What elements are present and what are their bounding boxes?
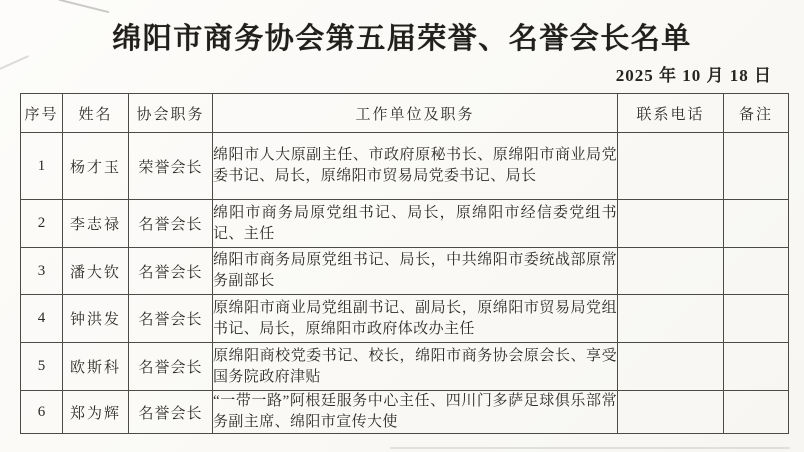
cell-phone — [618, 295, 724, 343]
cell-serial-number: 4 — [21, 295, 63, 343]
cell-note — [724, 133, 789, 200]
table-row: 2 李志禄 名誉会长 绵阳市商务局原党组书记、局长，原绵阳市经信委党组书记、主任 — [21, 200, 789, 248]
cell-note — [724, 248, 789, 295]
cell-serial-number: 3 — [21, 248, 63, 295]
cell-serial-number: 5 — [21, 343, 63, 391]
cell-name: 钟洪发 — [63, 295, 129, 343]
cell-name: 郑为辉 — [63, 391, 129, 434]
cell-note — [724, 343, 789, 391]
header-note: 备注 — [724, 94, 789, 133]
header-phone: 联系电话 — [618, 94, 724, 133]
header-serial-number: 序号 — [21, 94, 63, 133]
cell-association-position: 名誉会长 — [129, 295, 213, 343]
cell-phone — [618, 200, 724, 248]
table-row: 4 钟洪发 名誉会长 原绵阳市商业局党组副书记、副局长，原绵阳市贸易局党组书记、… — [21, 295, 789, 343]
cell-work-unit: 绵阳市商务局原党组书记、局长，原绵阳市经信委党组书记、主任 — [213, 200, 618, 248]
cell-association-position: 名誉会长 — [129, 248, 213, 295]
cell-association-position: 名誉会长 — [129, 391, 213, 434]
cell-name: 杨才玉 — [63, 133, 129, 200]
cell-serial-number: 1 — [21, 133, 63, 200]
cell-work-unit: 原绵阳商校党委书记、校长，绵阳市商务协会原会长、享受国务院政府津贴 — [213, 343, 618, 391]
cell-note — [724, 295, 789, 343]
cell-name: 李志禄 — [63, 200, 129, 248]
roster-table: 序号 姓名 协会职务 工作单位及职务 联系电话 备注 1 杨才玉 荣誉会长 绵阳… — [20, 93, 789, 434]
cell-work-unit: “一带一路”阿根廷服务中心主任、四川门多萨足球俱乐部常务副主席、绵阳市宣传大使 — [213, 391, 618, 434]
header-name: 姓名 — [63, 94, 129, 133]
cell-note — [724, 391, 789, 434]
table-row: 1 杨才玉 荣誉会长 绵阳市人大原副主任、市政府原秘书长、原绵阳市商业局党委书记… — [21, 133, 789, 200]
cell-phone — [618, 133, 724, 200]
cell-name: 潘大钦 — [63, 248, 129, 295]
table-header-row: 序号 姓名 协会职务 工作单位及职务 联系电话 备注 — [21, 94, 789, 133]
document-title: 绵阳市商务协会第五届荣誉、名誉会长名单 — [0, 0, 804, 57]
header-association-position: 协会职务 — [129, 94, 213, 133]
cell-phone — [618, 391, 724, 434]
cell-association-position: 荣誉会长 — [129, 133, 213, 200]
cell-serial-number: 2 — [21, 200, 63, 248]
cell-work-unit: 原绵阳市商业局党组副书记、副局长，原绵阳市贸易局党组书记、局长，原绵阳市政府体改… — [213, 295, 618, 343]
cell-name: 欧斯科 — [63, 343, 129, 391]
document-date: 2025 年 10 月 18 日 — [616, 61, 772, 86]
cell-note — [724, 200, 789, 248]
cell-phone — [618, 343, 724, 391]
cell-work-unit: 绵阳市人大原副主任、市政府原秘书长、原绵阳市商业局党委书记、局长，原绵阳市贸易局… — [213, 133, 618, 200]
table-row: 3 潘大钦 名誉会长 绵阳市商务局原党组书记、局长，中共绵阳市委统战部原常务副部… — [21, 248, 789, 295]
scan-artifact — [0, 55, 29, 71]
table-row: 5 欧斯科 名誉会长 原绵阳商校党委书记、校长，绵阳市商务协会原会长、享受国务院… — [21, 343, 789, 391]
cell-work-unit: 绵阳市商务局原党组书记、局长，中共绵阳市委统战部原常务副部长 — [213, 248, 618, 295]
table-row: 6 郑为辉 名誉会长 “一带一路”阿根廷服务中心主任、四川门多萨足球俱乐部常务副… — [21, 391, 789, 434]
header-work-unit: 工作单位及职务 — [213, 94, 618, 133]
cell-association-position: 名誉会长 — [129, 343, 213, 391]
cell-association-position: 名誉会长 — [129, 200, 213, 248]
scanned-document-page: 绵阳市商务协会第五届荣誉、名誉会长名单 2025 年 10 月 18 日 序号 … — [0, 0, 804, 452]
cell-serial-number: 6 — [21, 391, 63, 434]
cell-phone — [618, 248, 724, 295]
scan-artifact — [390, 447, 790, 449]
